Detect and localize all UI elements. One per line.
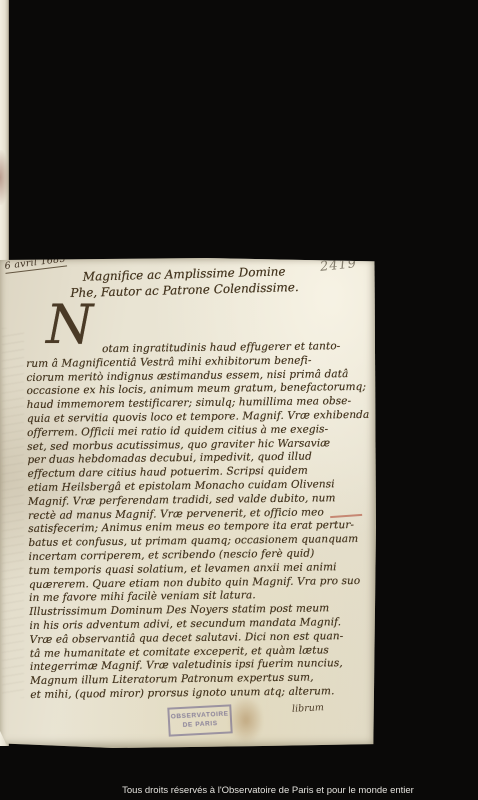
paper-stain: [228, 696, 264, 744]
copyright-caption: Tous droits réservés à l'Observatoire de…: [0, 784, 478, 800]
observatoire-stamp: OBSERVATOIRE DE PARIS: [167, 704, 232, 736]
archive-viewer: { "viewer": { "background_color": "#0a09…: [0, 0, 478, 800]
catchword: librum: [292, 700, 362, 715]
manuscript-page-scan: 6 avril 1685 2419 Magnifice ac Amplissim…: [0, 258, 376, 748]
ink-bleedthrough: [2, 328, 24, 698]
manuscript-line: et mihi, (quod miror) prorsus ignoto unu…: [30, 685, 378, 703]
letter-body: otam ingratitudinis haud effugerer et ta…: [26, 340, 378, 703]
binding-smudge: [0, 150, 9, 205]
